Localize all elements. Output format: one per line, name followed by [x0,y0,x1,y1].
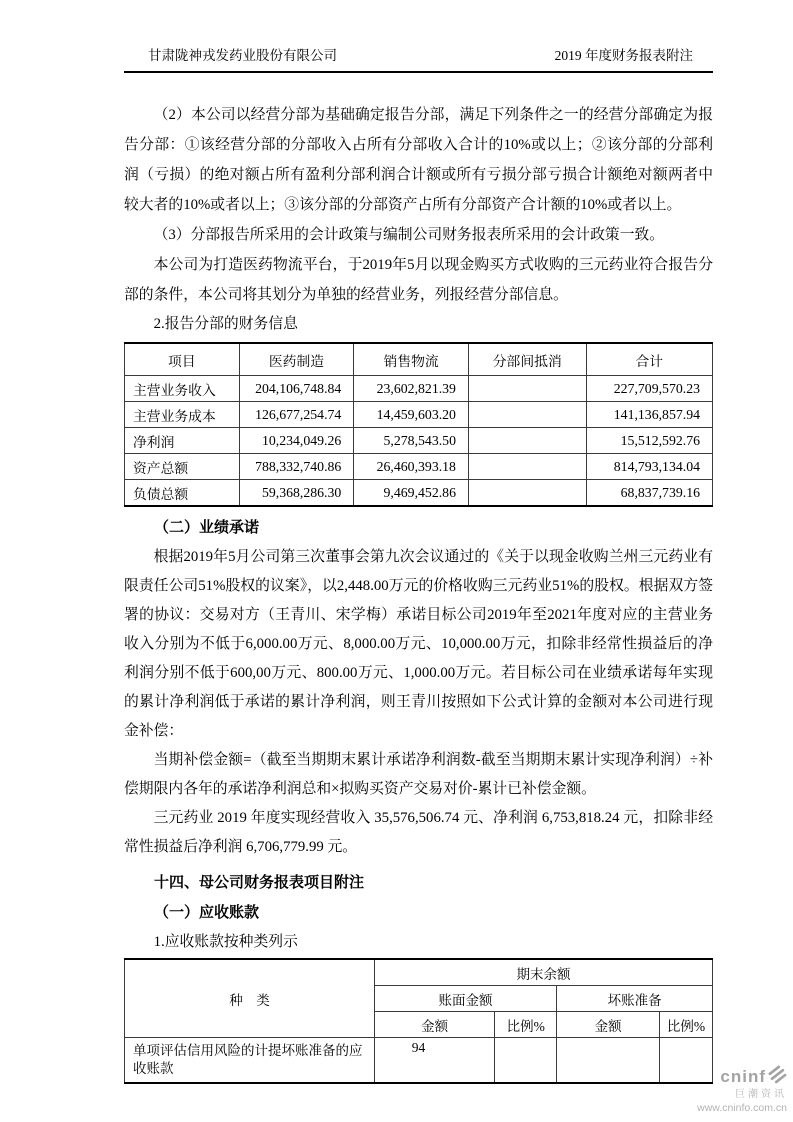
cell-total: 68,837,739.16 [586,480,712,507]
paragraph-segment-criteria: （2）本公司以经营分部为基础确定报告分部，满足下列条件之一的经营分部确定为报告分… [124,100,713,220]
receivables-table: 种 类 期末余额 账面金额 坏账准备 金额 比例% 金额 比例% 单项评估信用风… [124,958,713,1084]
column-header-logistics: 销售物流 [354,343,469,376]
column-header-offset: 分部间抵消 [468,343,586,376]
cell-item: 负债总额 [125,480,240,507]
segment-financial-table: 项目 医药制造 销售物流 分部间抵消 合计 主营业务收入 204,106,748… [124,342,713,507]
column-header-category: 种 类 [125,959,375,1038]
cell-pharma: 59,368,286.30 [239,480,354,507]
header-report-title: 2019 年度财务报表附注 [555,44,693,64]
table-row: 主营业务成本 126,677,254.74 14,459,603.20 141,… [125,402,713,428]
page-number: 94 [124,1040,713,1056]
cell-offset [468,376,586,402]
cninfo-logo: cninf 巨潮资讯 www.cninfo.com.cn [697,1065,787,1114]
paragraph-compensation-formula: 当期补偿金额=（截至当期期末累计承诺净利润数-截至当期期末累计实现净利润）÷补偿… [124,746,713,804]
column-header-ratio: 比例% [660,1012,713,1038]
table-header-row: 种 类 期末余额 [125,959,713,986]
cell-total: 141,136,857.94 [586,402,712,428]
cninfo-swirl-icon [768,1065,787,1089]
section-heading-parent-company-notes: 十四、母公司财务报表项目附注 [124,868,713,898]
paragraph-commitment-agreement: 根据2019年5月公司第三次董事会第九次会议通过的《关于以现金收购兰州三元药业有… [124,543,713,746]
column-header-book-amount: 账面金额 [374,986,556,1012]
column-header-amount: 金额 [557,1012,660,1038]
cell-offset [468,454,586,480]
column-header-bad-debt-provision: 坏账准备 [557,986,713,1012]
cell-pharma: 126,677,254.74 [239,402,354,428]
cell-total: 814,793,134.04 [586,454,712,480]
column-header-amount: 金额 [374,1012,495,1038]
cell-item: 净利润 [125,428,240,454]
cell-item: 主营业务成本 [125,402,240,428]
cell-logistics: 9,469,452.86 [354,480,469,507]
sub-heading-accounts-receivable: （一）应收账款 [124,898,713,928]
cell-logistics: 14,459,603.20 [354,402,469,428]
paragraph-2019-result: 三元药业 2019 年度实现经营收入 35,576,506.74 元、净利润 6… [124,804,713,862]
cell-item: 资产总额 [125,454,240,480]
cell-offset [468,402,586,428]
column-header-closing-balance: 期末余额 [374,959,712,986]
cninfo-website: www.cninfo.com.cn [697,1102,787,1114]
column-header-item: 项目 [125,343,240,376]
cell-offset [468,428,586,454]
cell-offset [468,480,586,507]
paragraph-logistics-platform: 本公司为打造医药物流平台，于2019年5月以现金购买方式收购的三元药业符合报告分… [124,250,713,310]
cell-total: 15,512,592.76 [586,428,712,454]
cell-pharma: 204,106,748.84 [239,376,354,402]
list-heading-receivables-by-type: 1.应收账款按种类列示 [124,928,713,956]
page-header: 甘肃陇神戎发药业股份有限公司 2019 年度财务报表附注 [124,44,713,73]
page-body: （2）本公司以经营分部为基础确定报告分部，满足下列条件之一的经营分部确定为报告分… [124,100,713,1084]
cell-logistics: 23,602,821.39 [354,376,469,402]
cninfo-brand-text: cninf [720,1067,766,1087]
table-row: 负债总额 59,368,286.30 9,469,452.86 68,837,7… [125,480,713,507]
paragraph-segment-policy: （3）分部报告所采用的会计政策与编制公司财务报表所采用的会计政策一致。 [124,220,713,250]
cninfo-chinese-name: 巨潮资讯 [697,1089,787,1101]
segment-finance-info-heading: 2.报告分部的财务信息 [124,310,713,338]
cell-pharma: 788,332,740.86 [239,454,354,480]
cell-total: 227,709,570.23 [586,376,712,402]
table-row: 净利润 10,234,049.26 5,278,543.50 15,512,59… [125,428,713,454]
column-header-pharma: 医药制造 [239,343,354,376]
cell-item: 主营业务收入 [125,376,240,402]
table-row: 主营业务收入 204,106,748.84 23,602,821.39 227,… [125,376,713,402]
column-header-ratio: 比例% [495,1012,557,1038]
column-header-total: 合计 [586,343,712,376]
header-company-name: 甘肃陇神戎发药业股份有限公司 [148,44,337,64]
section-heading-performance-commitment: （二）业绩承诺 [124,513,713,543]
document-page: 甘肃陇神戎发药业股份有限公司 2019 年度财务报表附注 （2）本公司以经营分部… [0,0,793,1122]
cell-pharma: 10,234,049.26 [239,428,354,454]
table-row: 资产总额 788,332,740.86 26,460,393.18 814,79… [125,454,713,480]
cell-logistics: 5,278,543.50 [354,428,469,454]
cell-logistics: 26,460,393.18 [354,454,469,480]
table-header-row: 项目 医药制造 销售物流 分部间抵消 合计 [125,343,713,376]
